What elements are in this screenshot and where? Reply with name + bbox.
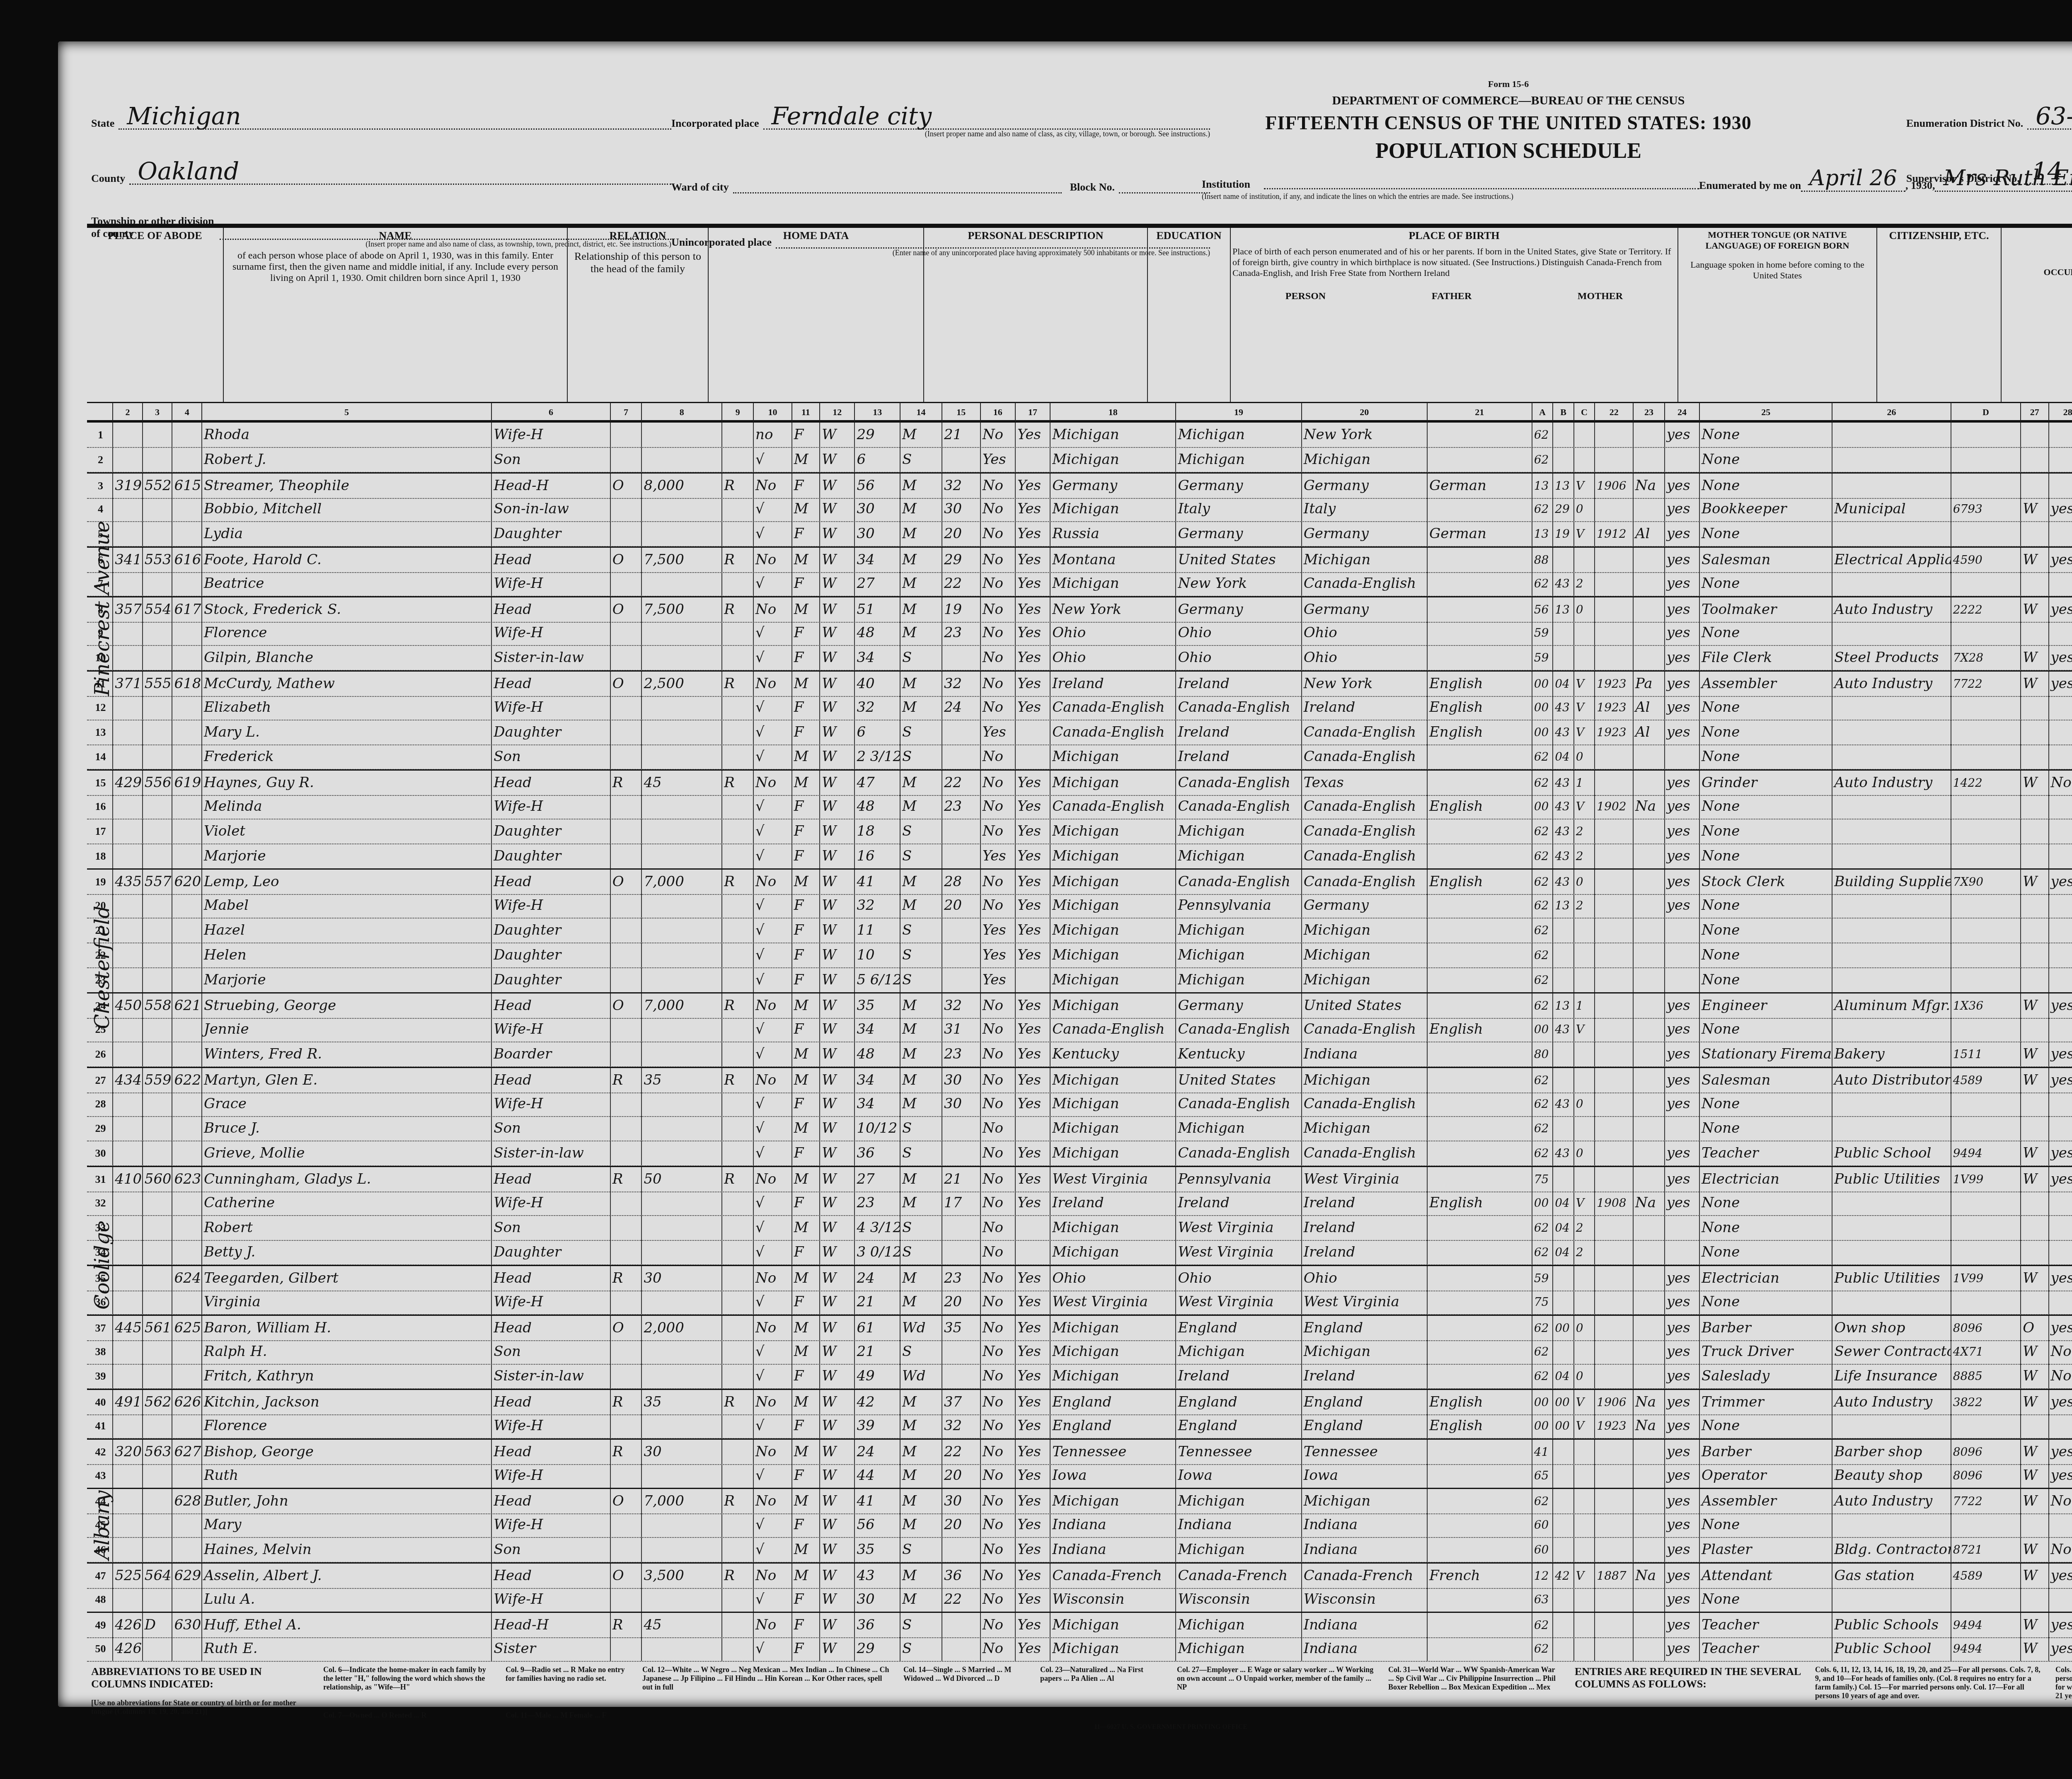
cell-marital: S	[900, 1636, 942, 1661]
cell-sex: F	[792, 819, 820, 844]
column-number-birth: 18	[1051, 402, 1176, 423]
cell-name: Florence	[202, 621, 492, 645]
cell-c: 0	[1574, 1141, 1595, 1165]
cell-father: Canada-English	[1176, 1017, 1302, 1042]
cell-sex: M	[792, 771, 820, 795]
cell-tongue	[1428, 943, 1532, 967]
population-table: PLACE OF ABODE NAME of each person whose…	[87, 224, 2072, 1670]
cell-cls: W	[2021, 1042, 2049, 1066]
cell-cls: W	[2021, 1141, 2049, 1165]
cell-nat	[1634, 548, 1665, 572]
cell-age: 29	[855, 1636, 900, 1661]
cell-radio	[722, 819, 754, 844]
cell-nat	[1634, 1167, 1665, 1192]
cell-age_marr: 22	[942, 771, 981, 795]
cell-name: Butler, John	[202, 1489, 492, 1513]
cell-eng: yes	[1665, 1266, 1700, 1291]
cell-nat	[1634, 870, 1665, 894]
cell-relation: Head	[492, 672, 610, 696]
cell-ind	[1832, 1290, 1951, 1314]
cell-code: 9494	[1951, 1141, 2021, 1165]
cell-code	[1951, 744, 2021, 769]
table-row: 40491562626Kitchin, JacksonHeadR35RNoMW4…	[87, 1389, 2072, 1415]
enumerator-name: Mrs Ruth Enos	[1935, 166, 2072, 192]
header-place-of-abode: PLACE OF ABODE	[87, 228, 224, 402]
cell-age_marr: 20	[942, 1463, 981, 1488]
header-occupation: OCCUPATION AND INDUSTRY OCCUPATION INDUS…	[2002, 228, 2072, 402]
cell-occ: Saleslady	[1700, 1364, 1832, 1388]
cell-family	[172, 744, 202, 769]
cell-age: 10	[855, 943, 900, 967]
cell-eng: yes	[1665, 621, 1700, 645]
cell-b	[1553, 548, 1574, 572]
cell-value	[642, 497, 722, 521]
cell-b	[1553, 621, 1574, 645]
cell-farm: √	[754, 1116, 792, 1141]
cell-b	[1553, 1116, 1574, 1141]
cell-race: W	[820, 1390, 855, 1414]
cell-age: 24	[855, 1266, 900, 1291]
cell-birth: Ireland	[1051, 1191, 1176, 1215]
cell-relation: Wife-H	[492, 1017, 610, 1042]
cell-eng: yes	[1665, 1564, 1700, 1588]
cell-school: No	[981, 522, 1016, 546]
cell-family	[172, 1636, 202, 1661]
cell-school: Yes	[981, 918, 1016, 943]
cell-marital: S	[900, 918, 942, 943]
cell-tongue	[1428, 1537, 1532, 1562]
cell-house: 491	[113, 1390, 143, 1414]
cell-code: 6793	[1951, 497, 2021, 521]
table-row: 8357554617Stock, Frederick S.HeadO7,500R…	[87, 596, 2072, 623]
cell-c	[1574, 1463, 1595, 1488]
cell-mother: Michigan	[1302, 1339, 1428, 1364]
cell-occ: None	[1700, 794, 1832, 819]
cell-sex: M	[792, 744, 820, 769]
cell-ind	[1832, 474, 1951, 498]
cell-name: Bruce J.	[202, 1116, 492, 1141]
cell-ind: Auto Industry	[1832, 1390, 1951, 1414]
cell-read: Yes	[1016, 695, 1051, 720]
cell-dwelling	[143, 695, 173, 720]
cell-father: Ohio	[1176, 1266, 1302, 1291]
cell-father: United States	[1176, 1068, 1302, 1093]
cell-work	[2049, 1116, 2072, 1141]
cell-name: Marjorie	[202, 968, 492, 992]
cell-value	[642, 943, 722, 967]
cell-ind	[1832, 943, 1951, 967]
cell-value	[642, 1414, 722, 1438]
cell-nat	[1634, 893, 1665, 918]
cell-read: Yes	[1016, 1613, 1051, 1637]
cell-tongue	[1428, 1463, 1532, 1488]
cell-c	[1574, 1339, 1595, 1364]
cell-relation: Daughter	[492, 819, 610, 844]
cell-owned	[611, 794, 642, 819]
cell-c: 1	[1574, 993, 1595, 1018]
cell-imm	[1595, 844, 1634, 868]
cell-family: 619	[172, 771, 202, 795]
cell-occ: None	[1700, 522, 1832, 546]
cell-school: No	[981, 1587, 1016, 1612]
cell-age: 10/12	[855, 1116, 900, 1141]
cell-cls	[2021, 1216, 2049, 1240]
cell-dwelling: 553	[143, 548, 173, 572]
cell-birth: Michigan	[1051, 1339, 1176, 1364]
cell-tongue	[1428, 1240, 1532, 1264]
cell-birth: Wisconsin	[1051, 1587, 1176, 1612]
cell-owned: R	[611, 1266, 642, 1291]
cell-ind	[1832, 621, 1951, 645]
cell-radio	[722, 423, 754, 447]
cell-value	[642, 744, 722, 769]
cell-father: Ireland	[1176, 720, 1302, 744]
cell-owned	[611, 645, 642, 670]
cell-dwelling: 564	[143, 1564, 173, 1588]
cell-owned: O	[611, 1564, 642, 1588]
cell-eng: yes	[1665, 474, 1700, 498]
cell-read: Yes	[1016, 1167, 1051, 1192]
cell-radio	[722, 968, 754, 992]
cell-read: Yes	[1016, 1537, 1051, 1562]
table-row: 27434559622Martyn, Glen E.HeadR35RNoMW34…	[87, 1067, 2072, 1093]
cell-name: Huff, Ethel A.	[202, 1613, 492, 1637]
cell-imm: 1906	[1595, 1390, 1634, 1414]
table-row: 25JennieWife-H√FW34M31NoYesCanada-Englis…	[87, 1017, 2072, 1042]
cell-b: 04	[1553, 744, 1574, 769]
name-desc: of each person whose place of abode on A…	[225, 250, 565, 284]
cell-mother: Canada-English	[1302, 794, 1428, 819]
cell-cls	[2021, 1414, 2049, 1438]
cell-tongue	[1428, 1092, 1532, 1116]
cell-farm: No	[754, 548, 792, 572]
cell-code	[1951, 1017, 2021, 1042]
cell-age: 30	[855, 497, 900, 521]
cell-code	[1951, 621, 2021, 645]
cell-a: 62	[1532, 1364, 1554, 1388]
cell-sex: F	[792, 1092, 820, 1116]
cell-name: Struebing, George	[202, 993, 492, 1018]
cell-birth: West Virginia	[1051, 1290, 1176, 1314]
cell-sex: M	[792, 1316, 820, 1340]
cell-b: 43	[1553, 1141, 1574, 1165]
cell-age: 21	[855, 1290, 900, 1314]
cell-age: 56	[855, 474, 900, 498]
cell-radio: R	[722, 771, 754, 795]
cell-occ: None	[1700, 1092, 1832, 1116]
cell-name: Kitchin, Jackson	[202, 1390, 492, 1414]
cell-eng: yes	[1665, 819, 1700, 844]
cell-age: 41	[855, 870, 900, 894]
cell-family	[172, 819, 202, 844]
cell-value	[642, 447, 722, 472]
cell-ind: Beauty shop	[1832, 1463, 1951, 1488]
cell-age_marr	[942, 1364, 981, 1388]
cell-value	[642, 893, 722, 918]
table-row: 17VioletDaughter√FW18SNoYesMichiganMichi…	[87, 819, 2072, 844]
cell-owned	[611, 1092, 642, 1116]
cell-cls	[2021, 1513, 2049, 1537]
cell-race: W	[820, 695, 855, 720]
cell-tongue	[1428, 571, 1532, 596]
cell-age: 30	[855, 1587, 900, 1612]
occupation-subheader: OCCUPATION	[2044, 267, 2072, 278]
cell-tongue	[1428, 1613, 1532, 1637]
cell-school: No	[981, 1316, 1016, 1340]
cell-occ: Assembler	[1700, 672, 1832, 696]
table-row: 16MelindaWife-H√FW48M23NoYesCanada-Engli…	[87, 794, 2072, 819]
cell-nat	[1634, 645, 1665, 670]
cell-imm: 1923	[1595, 695, 1634, 720]
cell-sex: F	[792, 571, 820, 596]
column-number-marital: 14	[900, 402, 942, 423]
cell-value: 7,500	[642, 548, 722, 572]
cell-father: England	[1176, 1316, 1302, 1340]
cell-b: 00	[1553, 1414, 1574, 1438]
cell-mother: Ohio	[1302, 621, 1428, 645]
cell-c	[1574, 1167, 1595, 1192]
cell-age: 6	[855, 447, 900, 472]
cell-nat	[1634, 1636, 1665, 1661]
cell-age_marr: 23	[942, 794, 981, 819]
cell-house	[113, 1587, 143, 1612]
cell-imm	[1595, 1266, 1634, 1291]
cell-mother: Ohio	[1302, 645, 1428, 670]
cell-read: Yes	[1016, 893, 1051, 918]
cell-sex: F	[792, 1191, 820, 1215]
cell-relation: Sister-in-law	[492, 1141, 610, 1165]
cell-radio	[722, 1290, 754, 1314]
cell-sex: M	[792, 672, 820, 696]
cell-cls: W	[2021, 597, 2049, 622]
street-name: Albany	[91, 1389, 116, 1661]
cell-age: 34	[855, 645, 900, 670]
cell-c: V	[1574, 672, 1595, 696]
cell-family: 621	[172, 993, 202, 1018]
cell-age: 34	[855, 1092, 900, 1116]
cell-work	[2049, 1587, 2072, 1612]
cell-age_marr: 32	[942, 474, 981, 498]
cell-cls: W	[2021, 1463, 2049, 1488]
cell-owned	[611, 1116, 642, 1141]
cell-a: 62	[1532, 1092, 1554, 1116]
cell-c: 2	[1574, 1216, 1595, 1240]
cell-dwelling	[143, 1092, 173, 1116]
header-relation: RELATION Relationship of this person to …	[568, 228, 709, 402]
cell-owned	[611, 447, 642, 472]
cell-tongue	[1428, 771, 1532, 795]
cell-ind: Public Utilities	[1832, 1266, 1951, 1291]
cell-age_marr	[942, 1339, 981, 1364]
cell-dwelling	[143, 1266, 173, 1291]
cell-code	[1951, 1092, 2021, 1116]
cell-dwelling: 563	[143, 1440, 173, 1464]
cell-occ: Barber	[1700, 1440, 1832, 1464]
cell-tongue	[1428, 744, 1532, 769]
cell-read: Yes	[1016, 1390, 1051, 1414]
cell-cls	[2021, 621, 2049, 645]
cell-read: Yes	[1016, 993, 1051, 1018]
cell-code: 8096	[1951, 1316, 2021, 1340]
cell-family	[172, 794, 202, 819]
legend-col11: Col. 11—Male ... M Female ... F	[506, 1711, 630, 1720]
cell-relation: Wife-H	[492, 794, 610, 819]
cell-house	[113, 1489, 143, 1513]
cell-age: 61	[855, 1316, 900, 1340]
cell-imm	[1595, 1463, 1634, 1488]
cell-school: No	[981, 1489, 1016, 1513]
cell-cls: W	[2021, 548, 2049, 572]
cell-house	[113, 497, 143, 521]
cell-house	[113, 968, 143, 992]
cell-cls: W	[2021, 870, 2049, 894]
cell-nat	[1634, 1116, 1665, 1141]
cell-farm: √	[754, 1191, 792, 1215]
cell-occ: None	[1700, 844, 1832, 868]
cell-age: 11	[855, 918, 900, 943]
column-number-ind: 26	[1832, 402, 1951, 423]
cell-imm	[1595, 1216, 1634, 1240]
cell-work	[2049, 744, 2072, 769]
cell-radio	[722, 1092, 754, 1116]
cell-birth: Iowa	[1051, 1463, 1176, 1488]
street-name: Coolidge	[91, 1141, 116, 1389]
cell-sex: F	[792, 522, 820, 546]
cell-race: W	[820, 1191, 855, 1215]
cell-occ: None	[1700, 1216, 1832, 1240]
column-number-farm: 10	[754, 402, 792, 423]
cell-age_marr	[942, 968, 981, 992]
cell-farm: No	[754, 474, 792, 498]
cell-father: Canada-English	[1176, 771, 1302, 795]
cell-tongue	[1428, 1116, 1532, 1141]
cell-tongue	[1428, 1513, 1532, 1537]
legend-col6: Col. 6—Indicate the home-maker in each f…	[323, 1665, 497, 1692]
cell-value	[642, 1290, 722, 1314]
cell-ind: Auto Distributor	[1832, 1068, 1951, 1093]
cell-age_marr: 20	[942, 1290, 981, 1314]
cell-age: 34	[855, 1017, 900, 1042]
cell-eng: yes	[1665, 571, 1700, 596]
cell-house	[113, 1116, 143, 1141]
form-number: Form 15-6	[1239, 79, 1778, 89]
cell-sex: F	[792, 893, 820, 918]
table-row: 2Robert J.Son√MW6SYesMichiganMichiganMic…	[87, 447, 2072, 473]
cell-owned	[611, 522, 642, 546]
institution-field: Institution (Insert name of institution,…	[1202, 178, 1699, 202]
cell-read: Yes	[1016, 474, 1051, 498]
cell-age_marr	[942, 1240, 981, 1264]
cell-ind	[1832, 819, 1951, 844]
cell-value	[642, 1339, 722, 1364]
cell-birth: Michigan	[1051, 893, 1176, 918]
cell-occ: Attendant	[1700, 1564, 1832, 1588]
cell-race: W	[820, 1537, 855, 1562]
cell-mother: Canada-English	[1302, 1092, 1428, 1116]
cell-tongue	[1428, 844, 1532, 868]
cell-owned	[611, 893, 642, 918]
cell-code: 1X36	[1951, 993, 2021, 1018]
cell-owned: R	[611, 1167, 642, 1192]
cell-nat	[1634, 447, 1665, 472]
column-number-read: 17	[1016, 402, 1051, 423]
cell-value: 7,000	[642, 870, 722, 894]
cell-work	[2049, 695, 2072, 720]
cell-race: W	[820, 943, 855, 967]
table-row: 15429556619Haynes, Guy R.HeadR45RNoMW47M…	[87, 769, 2072, 796]
cell-school: No	[981, 1092, 1016, 1116]
cell-c	[1574, 1489, 1595, 1513]
cell-relation: Head	[492, 1266, 610, 1291]
cell-house: 435	[113, 870, 143, 894]
column-number-c: C	[1574, 402, 1595, 423]
cell-marital: S	[900, 844, 942, 868]
cell-school: No	[981, 474, 1016, 498]
cell-age: 48	[855, 1042, 900, 1066]
cell-b: 43	[1553, 819, 1574, 844]
personal-group-label: PERSONAL DESCRIPTION	[926, 230, 1145, 242]
cell-house	[113, 447, 143, 472]
cell-work: yes	[2049, 1042, 2072, 1066]
cell-dwelling: 555	[143, 672, 173, 696]
cell-imm	[1595, 447, 1634, 472]
cell-read: Yes	[1016, 1489, 1051, 1513]
cell-marital: M	[900, 1092, 942, 1116]
cell-sex: M	[792, 1440, 820, 1464]
cell-imm	[1595, 621, 1634, 645]
cell-age_marr: 30	[942, 497, 981, 521]
cell-work	[2049, 571, 2072, 596]
cell-eng: yes	[1665, 1414, 1700, 1438]
cell-sex: F	[792, 1290, 820, 1314]
cell-race: W	[820, 794, 855, 819]
cell-eng: yes	[1665, 1167, 1700, 1192]
cell-imm	[1595, 1167, 1634, 1192]
cell-farm: No	[754, 771, 792, 795]
cell-relation: Boarder	[492, 1042, 610, 1066]
cell-ind: Public Utilities	[1832, 1167, 1951, 1192]
cell-farm: √	[754, 893, 792, 918]
column-number-occ: 25	[1700, 402, 1832, 423]
cell-cls: O	[2021, 1316, 2049, 1340]
cell-age_marr	[942, 819, 981, 844]
cell-school: No	[981, 1167, 1016, 1192]
cell-code: 7722	[1951, 672, 2021, 696]
cell-age: 44	[855, 1463, 900, 1488]
cell-imm: 1908	[1595, 1191, 1634, 1215]
cell-imm	[1595, 744, 1634, 769]
cell-work: yes	[2049, 672, 2072, 696]
cell-value: 2,000	[642, 1316, 722, 1340]
column-number-race: 12	[820, 402, 855, 423]
cell-school: No	[981, 497, 1016, 521]
cell-b	[1553, 1339, 1574, 1364]
cell-house	[113, 1216, 143, 1240]
cell-tongue: French	[1428, 1564, 1532, 1588]
cell-tongue	[1428, 621, 1532, 645]
cell-b: 43	[1553, 771, 1574, 795]
cell-family	[172, 1463, 202, 1488]
cell-a: 00	[1532, 720, 1554, 744]
cell-marital: M	[900, 1390, 942, 1414]
cell-name: McCurdy, Mathew	[202, 672, 492, 696]
cell-b	[1553, 1489, 1574, 1513]
cell-cls: W	[2021, 1613, 2049, 1637]
cell-dwelling	[143, 1042, 173, 1066]
cell-age_marr: 32	[942, 1414, 981, 1438]
cell-relation: Wife-H	[492, 1290, 610, 1314]
cell-ind: Barber shop	[1832, 1440, 1951, 1464]
